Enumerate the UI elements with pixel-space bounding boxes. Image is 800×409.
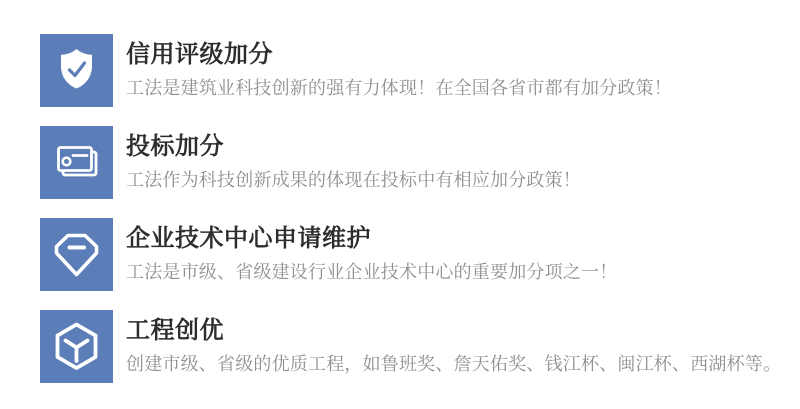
id-cards-icon: [40, 126, 113, 199]
feature-title: 工程创优: [126, 317, 781, 345]
feature-item-bidding: 投标加分 工法作为科技创新成果的体现在投标中有相应加分政策！: [40, 126, 800, 199]
feature-description: 创建市级、省级的优质工程，如鲁班奖、詹天佑奖、钱江杯、闽江杯、西湖杯等。: [126, 354, 781, 376]
feature-description: 工法作为科技创新成果的体现在投标中有相应加分政策！: [126, 170, 581, 192]
feature-title: 企业技术中心申请维护: [126, 225, 617, 253]
feature-text: 企业技术中心申请维护 工法是市级、省级建设行业企业技术中心的重要加分项之一！: [126, 225, 617, 283]
feature-item-credit-rating: 信用评级加分 工法是建筑业科技创新的强有力体现！在全国各省市都有加分政策！: [40, 34, 800, 107]
feature-item-tech-center: 企业技术中心申请维护 工法是市级、省级建设行业企业技术中心的重要加分项之一！: [40, 218, 800, 291]
cube-icon: [40, 310, 113, 383]
feature-text: 工程创优 创建市级、省级的优质工程，如鲁班奖、詹天佑奖、钱江杯、闽江杯、西湖杯等…: [126, 317, 781, 375]
shield-bar-icon: [40, 218, 113, 291]
feature-title: 投标加分: [126, 133, 581, 161]
feature-text: 投标加分 工法作为科技创新成果的体现在投标中有相应加分政策！: [126, 133, 581, 191]
feature-text: 信用评级加分 工法是建筑业科技创新的强有力体现！在全国各省市都有加分政策！: [126, 41, 672, 99]
feature-list: 信用评级加分 工法是建筑业科技创新的强有力体现！在全国各省市都有加分政策！ 投标…: [0, 0, 800, 383]
feature-description: 工法是市级、省级建设行业企业技术中心的重要加分项之一！: [126, 262, 617, 284]
shield-check-icon: [40, 34, 113, 107]
feature-item-project-excellence: 工程创优 创建市级、省级的优质工程，如鲁班奖、詹天佑奖、钱江杯、闽江杯、西湖杯等…: [40, 310, 800, 383]
feature-description: 工法是建筑业科技创新的强有力体现！在全国各省市都有加分政策！: [126, 78, 672, 100]
feature-title: 信用评级加分: [126, 41, 672, 69]
